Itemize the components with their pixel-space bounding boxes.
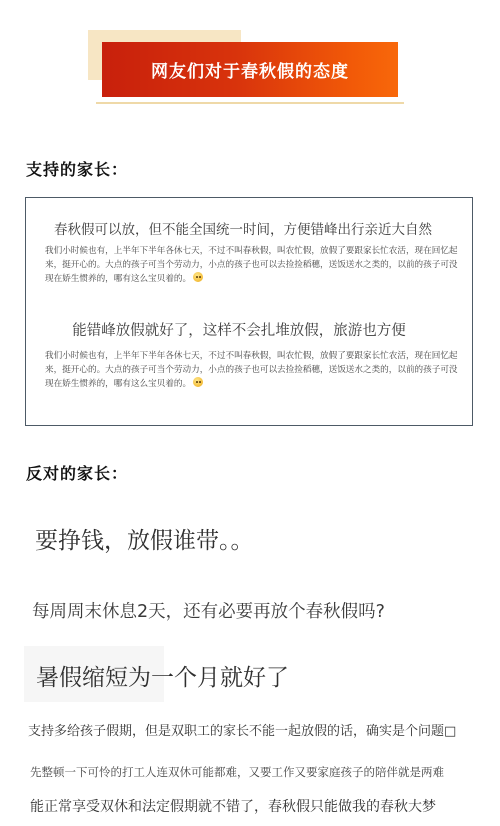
quote-body-text: 我们小时候也有，上半年下半年各休七天，不过不叫春秋假，叫农忙假，放假了要跟家长忙… — [45, 246, 458, 284]
smiling-face-icon — [193, 377, 203, 387]
quote-body: 我们小时候也有，上半年下半年各休七天，不过不叫春秋假，叫农忙假，放假了要跟家长忙… — [45, 349, 461, 391]
quote-headline: 能错峰放假就好了，这样不会扎堆放假，旅游也方便 — [16, 319, 462, 340]
smiling-face-icon — [193, 272, 203, 282]
oppose-comment: 先整顿一下可怜的打工人连双休可能都难，又要工作又要家庭孩子的陪伴就是两难 — [30, 764, 444, 780]
oppose-comment: 要挣钱，放假谁带。。 — [35, 522, 254, 555]
oppose-comment: 支持多给孩子假期，但是双职工的家长不能一起放假的话，确实是个问题□ — [28, 720, 456, 739]
support-section-heading: 支持的家长： — [26, 157, 128, 180]
title-banner: 网友们对于春秋假的态度 — [88, 30, 408, 104]
oppose-comment: 能正常享受双休和法定假期就不错了，春秋假只能做我的春秋大梦 — [30, 796, 436, 816]
oppose-comment: 暑假缩短为一个月就好了 — [36, 659, 289, 692]
quote-body: 我们小时候也有，上半年下半年各休七天，不过不叫春秋假，叫农忙假，放假了要跟家长忙… — [45, 244, 461, 286]
banner-underline — [96, 102, 404, 104]
quote-body-text: 我们小时候也有，上半年下半年各休七天，不过不叫春秋假，叫农忙假，放假了要跟家长忙… — [45, 351, 458, 389]
oppose-comment: 每周周末休息2天，还有必要再放个春秋假吗? — [32, 598, 385, 623]
support-comments-box: 春秋假可以放，但不能全国统一时间，方便错峰出行亲近大自然 我们小时候也有，上半年… — [25, 197, 473, 426]
banner-front-block: 网友们对于春秋假的态度 — [102, 42, 398, 97]
quote-headline: 春秋假可以放，但不能全国统一时间，方便错峰出行亲近大自然 — [20, 218, 466, 238]
oppose-section-heading: 反对的家长： — [26, 461, 128, 484]
page-title: 网友们对于春秋假的态度 — [151, 57, 349, 82]
